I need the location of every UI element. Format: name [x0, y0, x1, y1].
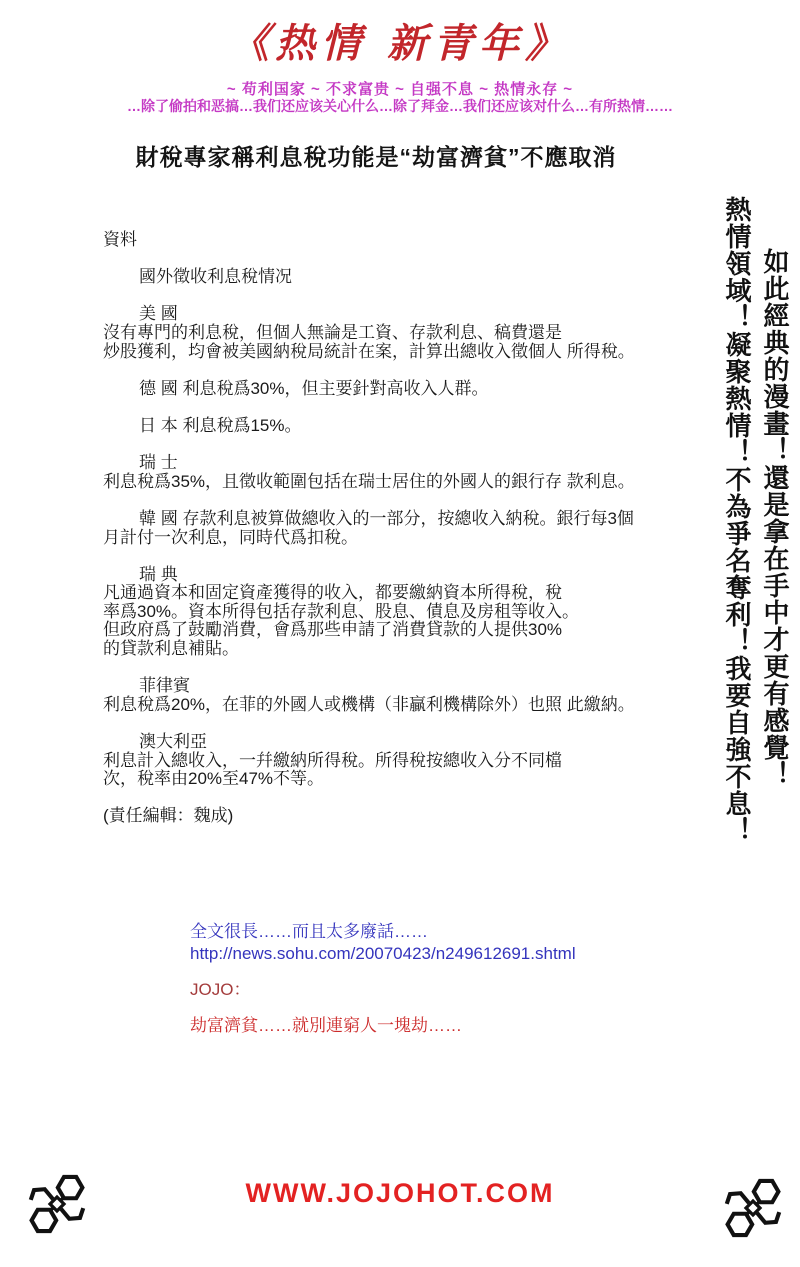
article-line: 韓 國 存款利息被算做總收入的一部分，按總收入納稅。銀行每3個	[103, 510, 681, 529]
commentary-quip: 劫富濟貧……就別連窮人一塊劫……	[190, 1015, 576, 1037]
article-line	[103, 547, 681, 566]
article-line: 瑞 典	[103, 566, 681, 585]
article-line	[103, 361, 681, 380]
article-line: 資料	[103, 231, 681, 250]
article-line: (責任編輯：魏成)	[103, 807, 681, 826]
article-headline: 財稅專家稱利息稅功能是“劫富濟貧”不應取消	[0, 139, 752, 172]
article-line: 利息稅爲20%，在菲的外國人或機構（非贏利機構除外）也照 此繳納。	[103, 696, 681, 715]
article-line: 率爲30%。資本所得包括存款利息、股息、債息及房租等收入。	[103, 603, 681, 622]
article-line: 利息計入總收入，一幷繳納所得稅。所得稅按總收入分不同檔	[103, 752, 681, 771]
article-line	[103, 491, 681, 510]
article-line	[103, 714, 681, 733]
article-line: 的貸款利息補貼。	[103, 640, 681, 659]
article-line: 國外徵收利息稅情况	[103, 268, 681, 287]
article-body: 資料 國外徵收利息稅情况 美 國 沒有專門的利息稅，但個人無論是工資、存款利息、…	[103, 231, 681, 826]
commentary-signature: JOJO：	[190, 979, 576, 1001]
article-line: 炒股獲利，均會被美國納稅局統計在案，計算出總收入徵個人 所得稅。	[103, 343, 681, 362]
article-line	[103, 659, 681, 678]
article-line: 但政府爲了鼓勵消費，會爲那些申請了消費貸款的人提供30%	[103, 621, 681, 640]
article-line: 月計付一次利息，同時代爲扣稅。	[103, 529, 681, 548]
article-line	[103, 287, 681, 306]
source-url-link[interactable]: http://news.sohu.com/20070423/n249612691…	[190, 943, 576, 965]
article-line	[103, 436, 681, 455]
article-line	[103, 789, 681, 808]
pinwheel-ornament-icon	[712, 1162, 794, 1254]
article-line: 澳大利亞	[103, 733, 681, 752]
article-line: 凡通過資本和固定資產獲得的收入，都要繳納資本所得稅，稅	[103, 584, 681, 603]
article-line: 瑞 士	[103, 454, 681, 473]
article-line: 美 國	[103, 305, 681, 324]
article-line: 利息稅爲35%，且徵收範圍包括在瑞士居住的外國人的銀行存 款利息。	[103, 473, 681, 492]
masthead-slogan-2: …除了偷拍和恶搞…我们还应该关心什么…除了拜金…我们还应该对什么…有所热情……	[0, 96, 800, 116]
vertical-slogan-inner: 如此經典的漫畫！還是拿在手中才更有感覺！	[756, 248, 794, 788]
article-line	[103, 398, 681, 417]
commentary-block: 全文很長……而且太多廢話…… http://news.sohu.com/2007…	[190, 921, 576, 1037]
article-line: 日 本 利息稅爲15%。	[103, 417, 681, 436]
article-line: 菲律賓	[103, 677, 681, 696]
article-line: 德 國 利息稅爲30%，但主要針對高收入人群。	[103, 380, 681, 399]
article-line: 沒有專門的利息稅，但個人無論是工資、存款利息、稿費還是	[103, 324, 681, 343]
vertical-slogan-outer: 熱情領域！凝聚熱情！不為爭名奪利！我要自強不息！	[718, 196, 756, 844]
article-line	[103, 250, 681, 269]
masthead-title: 《热情 新青年》	[0, 12, 800, 69]
article-line: 次，稅率由20%至47%不等。	[103, 770, 681, 789]
page: 《热情 新青年》 ~ 苟利国家 ~ 不求富贵 ~ 自强不息 ~ 热情永存 ~ ……	[0, 0, 800, 1267]
commentary-remark: 全文很長……而且太多廢話……	[190, 921, 576, 943]
website-link[interactable]: WWW.JOJOHOT.COM	[0, 1178, 800, 1209]
